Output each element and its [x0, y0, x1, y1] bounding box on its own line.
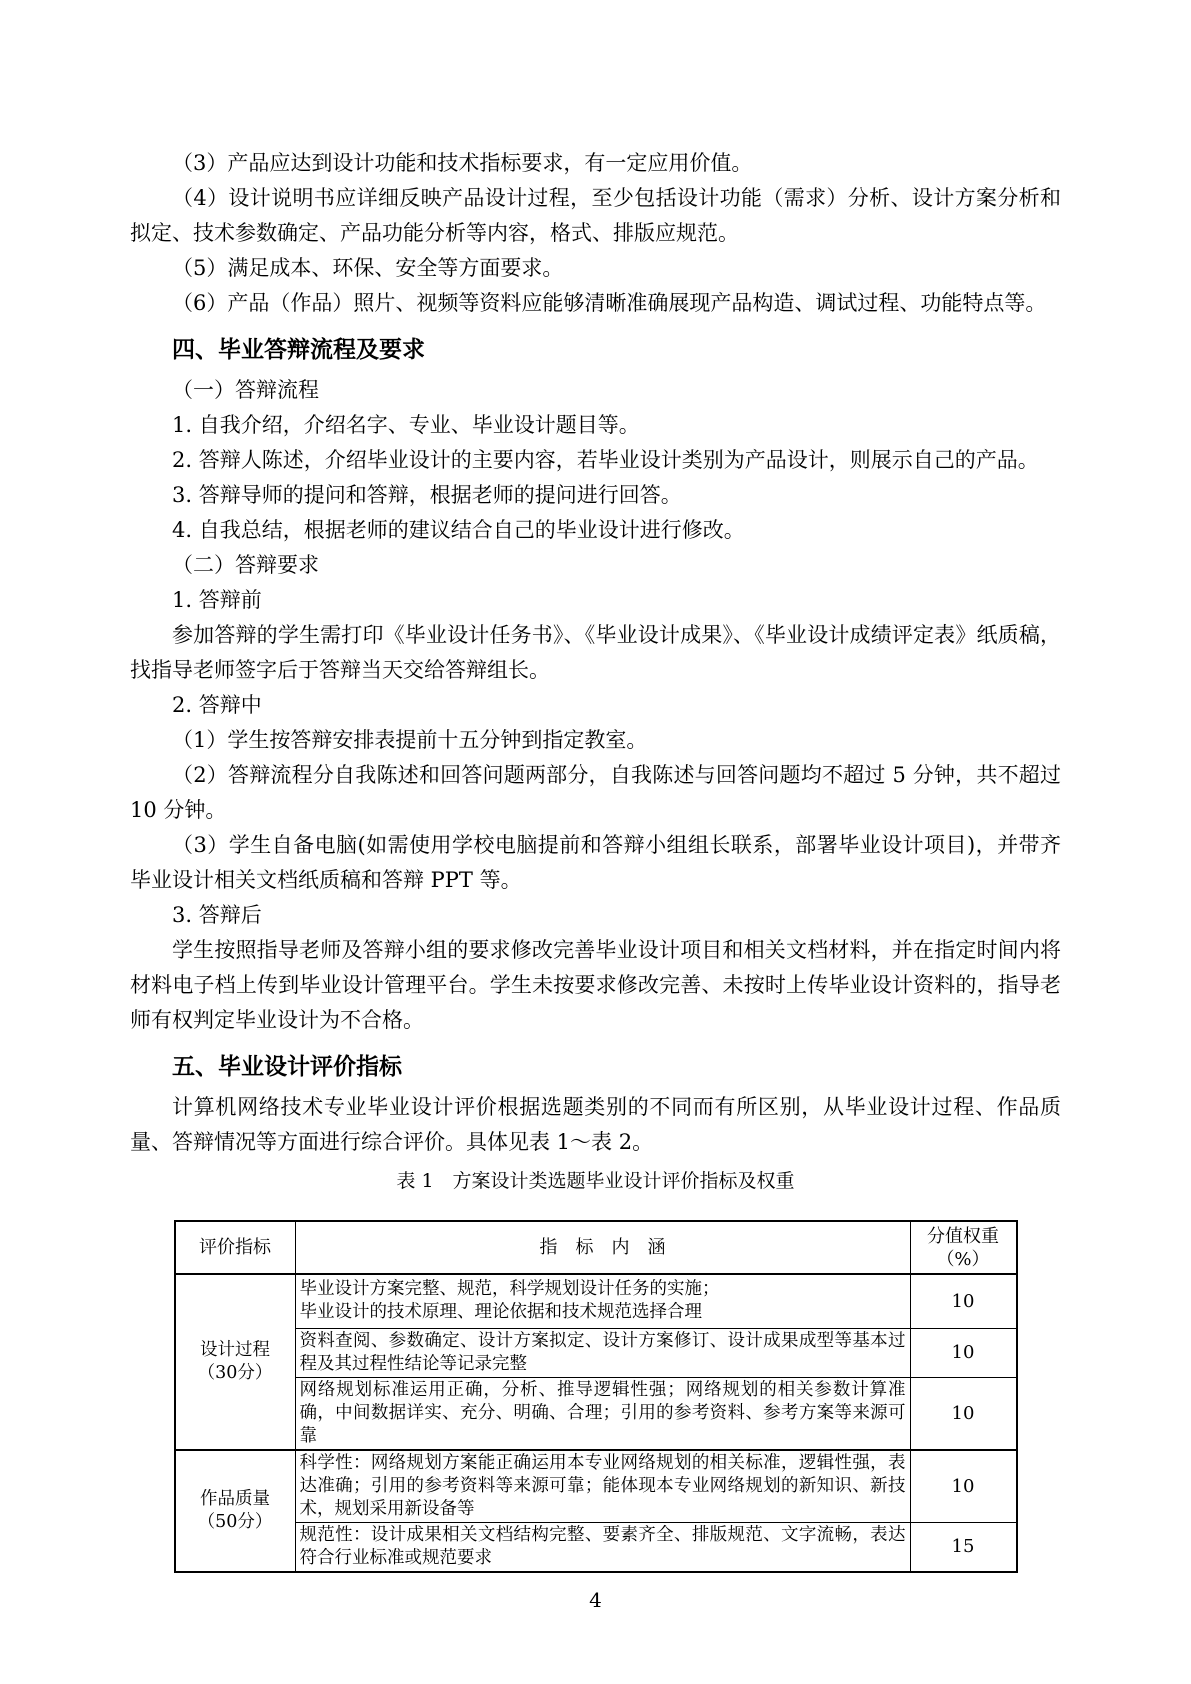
- paragraph-item-6: （6）产品（作品）照片、视频等资料应能够清晰准确展现产品构造、调试过程、功能特点…: [130, 286, 1061, 321]
- page-number: 4: [130, 1587, 1061, 1613]
- paragraph-before-defense: 参加答辩的学生需打印《毕业设计任务书》、《毕业设计成果》、《毕业设计成绩评定表》…: [130, 618, 1061, 688]
- paragraph-after-defense: 学生按照指导老师及答辩小组的要求修改完善毕业设计项目和相关文档材料，并在指定时间…: [130, 933, 1061, 1038]
- table-row: 资料查阅、参数确定、设计方案拟定、设计方案修订、设计成果成型等基本过程及其过程性…: [175, 1328, 1017, 1377]
- paragraph-during-2: （2）答辩流程分自我陈述和回答问题两部分，自我陈述与回答问题均不超过 5 分钟，…: [130, 758, 1061, 828]
- header-indicator: 评价指标: [175, 1221, 296, 1274]
- evaluation-table: 评价指标 指 标 内 涵 分值权重 （%） 设计过程 （30分） 毕业设计方案完…: [174, 1220, 1018, 1573]
- table-row: 网络规划标准运用正确，分析、推导逻辑性强；网络规划的相关参数计算准确，中间数据详…: [175, 1377, 1017, 1450]
- cell-indicator-work-quality: 作品质量 （50分）: [175, 1450, 296, 1572]
- paragraph-item-5: （5）满足成本、环保、安全等方面要求。: [130, 251, 1061, 286]
- cell-weight: 10: [910, 1274, 1017, 1328]
- header-content: 指 标 内 涵: [295, 1221, 910, 1274]
- table-caption: 表 1 方案设计类选题毕业设计评价指标及权重: [130, 1168, 1061, 1194]
- item-before-defense: 1. 答辩前: [130, 583, 1061, 618]
- paragraph-during-1: （1）学生按答辩安排表提前十五分钟到指定教室。: [130, 723, 1061, 758]
- list-item-1: 1. 自我介绍，介绍名字、专业、毕业设计题目等。: [130, 408, 1061, 443]
- item-after-defense: 3. 答辩后: [130, 898, 1061, 933]
- cell-weight: 10: [910, 1377, 1017, 1450]
- item-during-defense: 2. 答辩中: [130, 688, 1061, 723]
- cell-indicator-design-process: 设计过程 （30分）: [175, 1274, 296, 1450]
- table-row: 规范性：设计成果相关文档结构完整、要素齐全、排版规范、文字流畅，表达符合行业标准…: [175, 1522, 1017, 1572]
- table-row: 作品质量 （50分） 科学性：网络规划方案能正确运用本专业网络规划的相关标准，逻…: [175, 1450, 1017, 1523]
- paragraph-item-3: （3）产品应达到设计功能和技术指标要求，有一定应用价值。: [130, 146, 1061, 181]
- paragraph-item-4: （4）设计说明书应详细反映产品设计过程，至少包括设计功能（需求）分析、设计方案分…: [130, 181, 1061, 251]
- cell-weight: 10: [910, 1450, 1017, 1523]
- cell-weight: 10: [910, 1328, 1017, 1377]
- table-header-row: 评价指标 指 标 内 涵 分值权重 （%）: [175, 1221, 1017, 1274]
- cell-content: 科学性：网络规划方案能正确运用本专业网络规划的相关标准，逻辑性强，表达准确；引用…: [295, 1450, 910, 1523]
- section-heading-evaluation: 五、毕业设计评价指标: [130, 1046, 1061, 1088]
- subsection-defense-flow: （一）答辩流程: [130, 373, 1061, 408]
- subsection-defense-requirements: （二）答辩要求: [130, 548, 1061, 583]
- cell-content: 网络规划标准运用正确，分析、推导逻辑性强；网络规划的相关参数计算准确，中间数据详…: [295, 1377, 910, 1450]
- table-row: 设计过程 （30分） 毕业设计方案完整、规范，科学规划设计任务的实施； 毕业设计…: [175, 1274, 1017, 1328]
- section-heading-defense-process: 四、毕业答辩流程及要求: [130, 329, 1061, 371]
- list-item-2: 2. 答辩人陈述，介绍毕业设计的主要内容，若毕业设计类别为产品设计，则展示自己的…: [130, 443, 1061, 478]
- cell-content: 资料查阅、参数确定、设计方案拟定、设计方案修订、设计成果成型等基本过程及其过程性…: [295, 1328, 910, 1377]
- header-weight: 分值权重 （%）: [910, 1221, 1017, 1274]
- document-page: （3）产品应达到设计功能和技术指标要求，有一定应用价值。 （4）设计说明书应详细…: [0, 0, 1191, 1684]
- list-item-3: 3. 答辩导师的提问和答辩，根据老师的提问进行回答。: [130, 478, 1061, 513]
- cell-content: 规范性：设计成果相关文档结构完整、要素齐全、排版规范、文字流畅，表达符合行业标准…: [295, 1522, 910, 1572]
- document-content: （3）产品应达到设计功能和技术指标要求，有一定应用价值。 （4）设计说明书应详细…: [130, 146, 1061, 1613]
- list-item-4: 4. 自我总结，根据老师的建议结合自己的毕业设计进行修改。: [130, 513, 1061, 548]
- cell-weight: 15: [910, 1522, 1017, 1572]
- cell-content: 毕业设计方案完整、规范，科学规划设计任务的实施； 毕业设计的技术原理、理论依据和…: [295, 1274, 910, 1328]
- paragraph-evaluation-intro: 计算机网络技术专业毕业设计评价根据选题类别的不同而有所区别，从毕业设计过程、作品…: [130, 1090, 1061, 1160]
- paragraph-during-3: （3）学生自备电脑(如需使用学校电脑提前和答辩小组组长联系，部署毕业设计项目)，…: [130, 828, 1061, 898]
